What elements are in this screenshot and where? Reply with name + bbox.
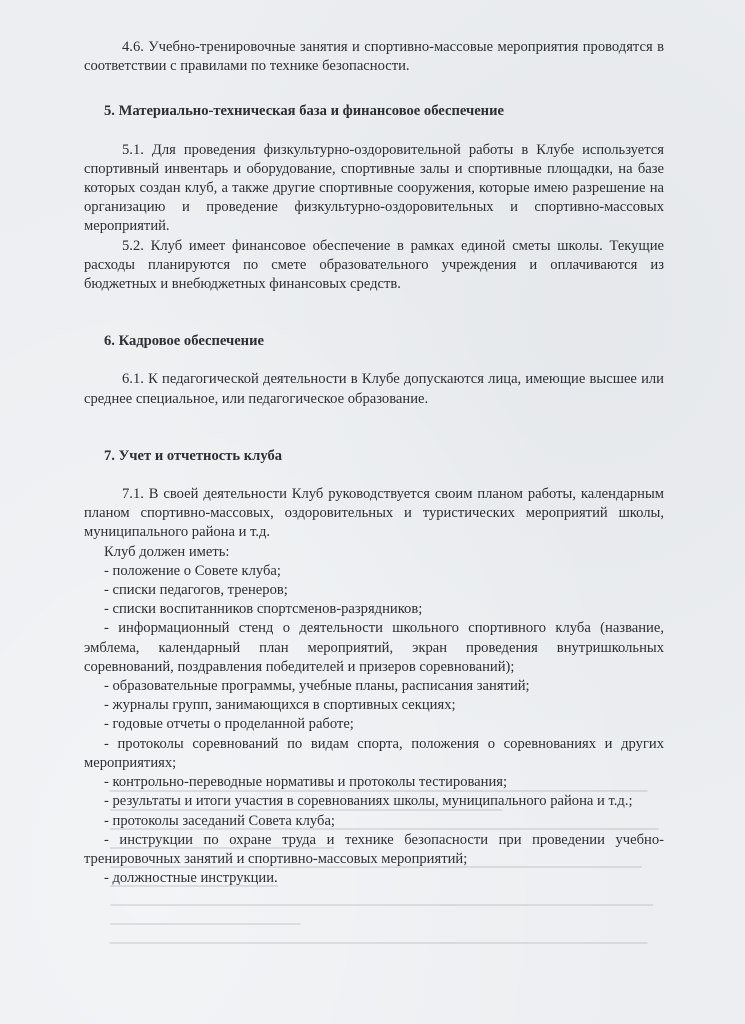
section-7-heading: 7. Учет и отчетность клуба: [84, 447, 664, 466]
list-item: - годовые отчеты о проделанной работе;: [84, 715, 664, 734]
paragraph-5-1: 5.1. Для проведения физкультурно-оздоров…: [84, 141, 664, 237]
list-item: - журналы групп, занимающихся в спортивн…: [84, 696, 664, 715]
list-item: - должностные инструкции.: [84, 869, 664, 888]
section-6-heading: 6. Кадровое обеспечение: [84, 332, 664, 351]
list-item: - протоколы заседаний Совета клуба;: [84, 812, 664, 831]
paragraph-6-1: 6.1. К педагогической деятельности в Клу…: [84, 370, 664, 408]
paragraph-7-1: 7.1. В своей деятельности Клуб руководст…: [84, 485, 664, 543]
list-item: - контрольно-переводные нормативы и прот…: [84, 773, 664, 792]
list-item: - инструкции по охране труда и технике б…: [84, 831, 664, 869]
list-item: - образовательные программы, учебные пла…: [84, 677, 664, 696]
list-intro: Клуб должен иметь:: [84, 543, 664, 562]
list-item: - информационный стенд о деятельности шк…: [84, 619, 664, 677]
list-item: - списки педагогов, тренеров;: [84, 581, 664, 600]
list-item: - результаты и итоги участия в соревнова…: [84, 792, 664, 811]
paragraph-4-6: 4.6. Учебно-тренировочные занятия и спор…: [84, 38, 664, 76]
document-body: 4.6. Учебно-тренировочные занятия и спор…: [84, 38, 664, 888]
paragraph-5-2: 5.2. Клуб имеет финансовое обеспечение в…: [84, 237, 664, 295]
list-item: - списки воспитанников спортсменов-разря…: [84, 600, 664, 619]
list-item: - положение о Совете клуба;: [84, 562, 664, 581]
list-item: - протоколы соревнований по видам спорта…: [84, 735, 664, 773]
scanned-page: 4.6. Учебно-тренировочные занятия и спор…: [0, 0, 745, 1024]
section-5-heading: 5. Материально-техническая база и финанс…: [84, 102, 664, 121]
